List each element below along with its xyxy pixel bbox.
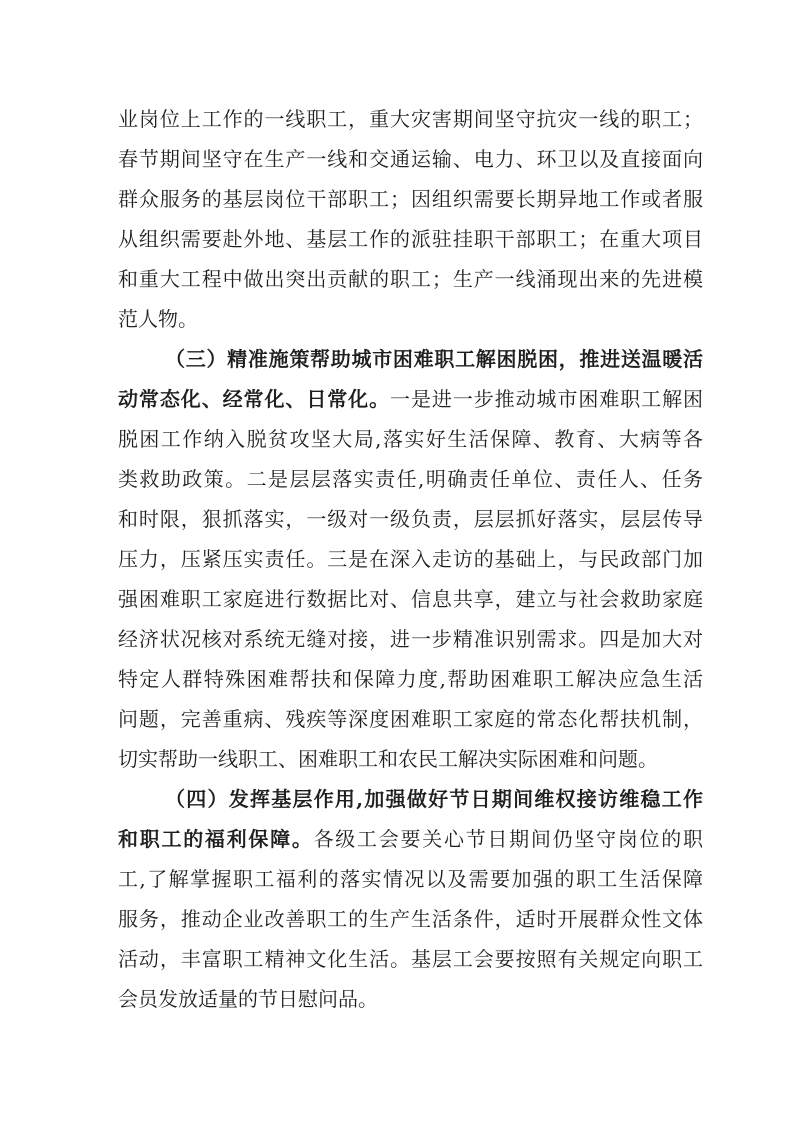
text-line: 工,了解掌握职工福利的落实情况以及需要加强的职工生活保障 <box>118 859 703 899</box>
text-segment: 春节期间坚守在生产一线和交通运输、电力、环卫以及直接面向 <box>118 147 703 171</box>
text-segment: 各级工会要关心节日期间仍坚守岗位的职 <box>314 827 703 851</box>
text-segment: 范人物。 <box>118 307 198 331</box>
text-segment: 和重大工程中做出突出贡献的职工；生产一线涌现出来的先进模 <box>118 267 703 291</box>
text-segment: 会员发放适量的节日慰问品。 <box>118 987 378 1011</box>
text-segment: 从组织需要赴外地、基层工作的派驻挂职干部职工；在重大项目 <box>118 227 703 251</box>
text-line: 特定人群特殊困难帮扶和保障力度,帮助困难职工解决应急生活 <box>118 659 703 699</box>
text-segment: 工,了解掌握职工福利的落实情况以及需要加强的职工生活保障 <box>118 867 703 891</box>
text-line: 从组织需要赴外地、基层工作的派驻挂职干部职工；在重大项目 <box>118 219 703 259</box>
text-line: 类救助政策。二是层层落实责任,明确责任单位、责任人、任务 <box>118 459 703 499</box>
text-line: 问题，完善重病、残疾等深度困难职工家庭的常态化帮扶机制， <box>118 699 703 739</box>
text-segment: 经济状况核对系统无缝对接，进一步精准识别需求。四是加大对 <box>118 627 703 651</box>
text-line: 强困难职工家庭进行数据比对、信息共享，建立与社会救助家庭 <box>118 579 703 619</box>
text-line: 会员发放适量的节日慰问品。 <box>118 979 703 1019</box>
text-segment: 群众服务的基层岗位干部职工；因组织需要长期异地工作或者服 <box>118 187 703 211</box>
text-line: 范人物。 <box>118 299 703 339</box>
document-body: 业岗位上工作的一线职工，重大灾害期间坚守抗灾一线的职工；春节期间坚守在生产一线和… <box>118 99 703 1019</box>
text-line: 经济状况核对系统无缝对接，进一步精准识别需求。四是加大对 <box>118 619 703 659</box>
text-line: 压力，压紧压实责任。三是在深入走访的基础上，与民政部门加 <box>118 539 703 579</box>
text-line: 和职工的福利保障。各级工会要关心节日期间仍坚守岗位的职 <box>118 819 703 859</box>
bold-text-segment: 和职工的福利保障。 <box>118 827 314 851</box>
text-segment: 脱困工作纳入脱贫攻坚大局,落实好生活保障、教育、大病等各 <box>118 427 703 451</box>
text-line: 群众服务的基层岗位干部职工；因组织需要长期异地工作或者服 <box>118 179 703 219</box>
bold-text-segment: （四）发挥基层作用,加强做好节日期间维权接访维稳工作 <box>165 787 703 811</box>
text-line: （三）精准施策帮助城市困难职工解困脱困，推进送温暖活 <box>118 339 703 379</box>
bold-text-segment: 动常态化、经常化、日常化。 <box>118 387 390 411</box>
bold-text-segment: （三）精准施策帮助城市困难职工解困脱困，推进送温暖活 <box>165 347 703 371</box>
text-line: 业岗位上工作的一线职工，重大灾害期间坚守抗灾一线的职工； <box>118 99 703 139</box>
text-line: 切实帮助一线职工、困难职工和农民工解决实际困难和问题。 <box>118 739 703 779</box>
text-line: （四）发挥基层作用,加强做好节日期间维权接访维稳工作 <box>118 779 703 819</box>
text-segment: 服务，推动企业改善职工的生产生活条件，适时开展群众性文体 <box>118 907 703 931</box>
text-segment: 活动，丰富职工精神文化生活。基层工会要按照有关规定向职工 <box>118 947 703 971</box>
text-segment: 类救助政策。二是层层落实责任,明确责任单位、责任人、任务 <box>118 467 703 491</box>
text-line: 和时限，狠抓落实，一级对一级负责，层层抓好落实，层层传导 <box>118 499 703 539</box>
text-line: 动常态化、经常化、日常化。一是进一步推动城市困难职工解困 <box>118 379 703 419</box>
text-segment: 特定人群特殊困难帮扶和保障力度,帮助困难职工解决应急生活 <box>118 667 703 691</box>
text-line: 活动，丰富职工精神文化生活。基层工会要按照有关规定向职工 <box>118 939 703 979</box>
text-line: 和重大工程中做出突出贡献的职工；生产一线涌现出来的先进模 <box>118 259 703 299</box>
text-segment: 切实帮助一线职工、困难职工和农民工解决实际困难和问题。 <box>118 747 658 771</box>
text-line: 春节期间坚守在生产一线和交通运输、电力、环卫以及直接面向 <box>118 139 703 179</box>
text-segment: 压力，压紧压实责任。三是在深入走访的基础上，与民政部门加 <box>118 547 703 571</box>
text-segment: 强困难职工家庭进行数据比对、信息共享，建立与社会救助家庭 <box>118 587 703 611</box>
document-page: 业岗位上工作的一线职工，重大灾害期间坚守抗灾一线的职工；春节期间坚守在生产一线和… <box>0 0 793 1122</box>
text-line: 脱困工作纳入脱贫攻坚大局,落实好生活保障、教育、大病等各 <box>118 419 703 459</box>
text-segment: 和时限，狠抓落实，一级对一级负责，层层抓好落实，层层传导 <box>118 507 703 531</box>
text-segment: 一是进一步推动城市困难职工解困 <box>390 387 703 411</box>
text-segment: 问题，完善重病、残疾等深度困难职工家庭的常态化帮扶机制， <box>118 707 703 731</box>
text-segment: 业岗位上工作的一线职工，重大灾害期间坚守抗灾一线的职工； <box>118 107 703 131</box>
text-line: 服务，推动企业改善职工的生产生活条件，适时开展群众性文体 <box>118 899 703 939</box>
